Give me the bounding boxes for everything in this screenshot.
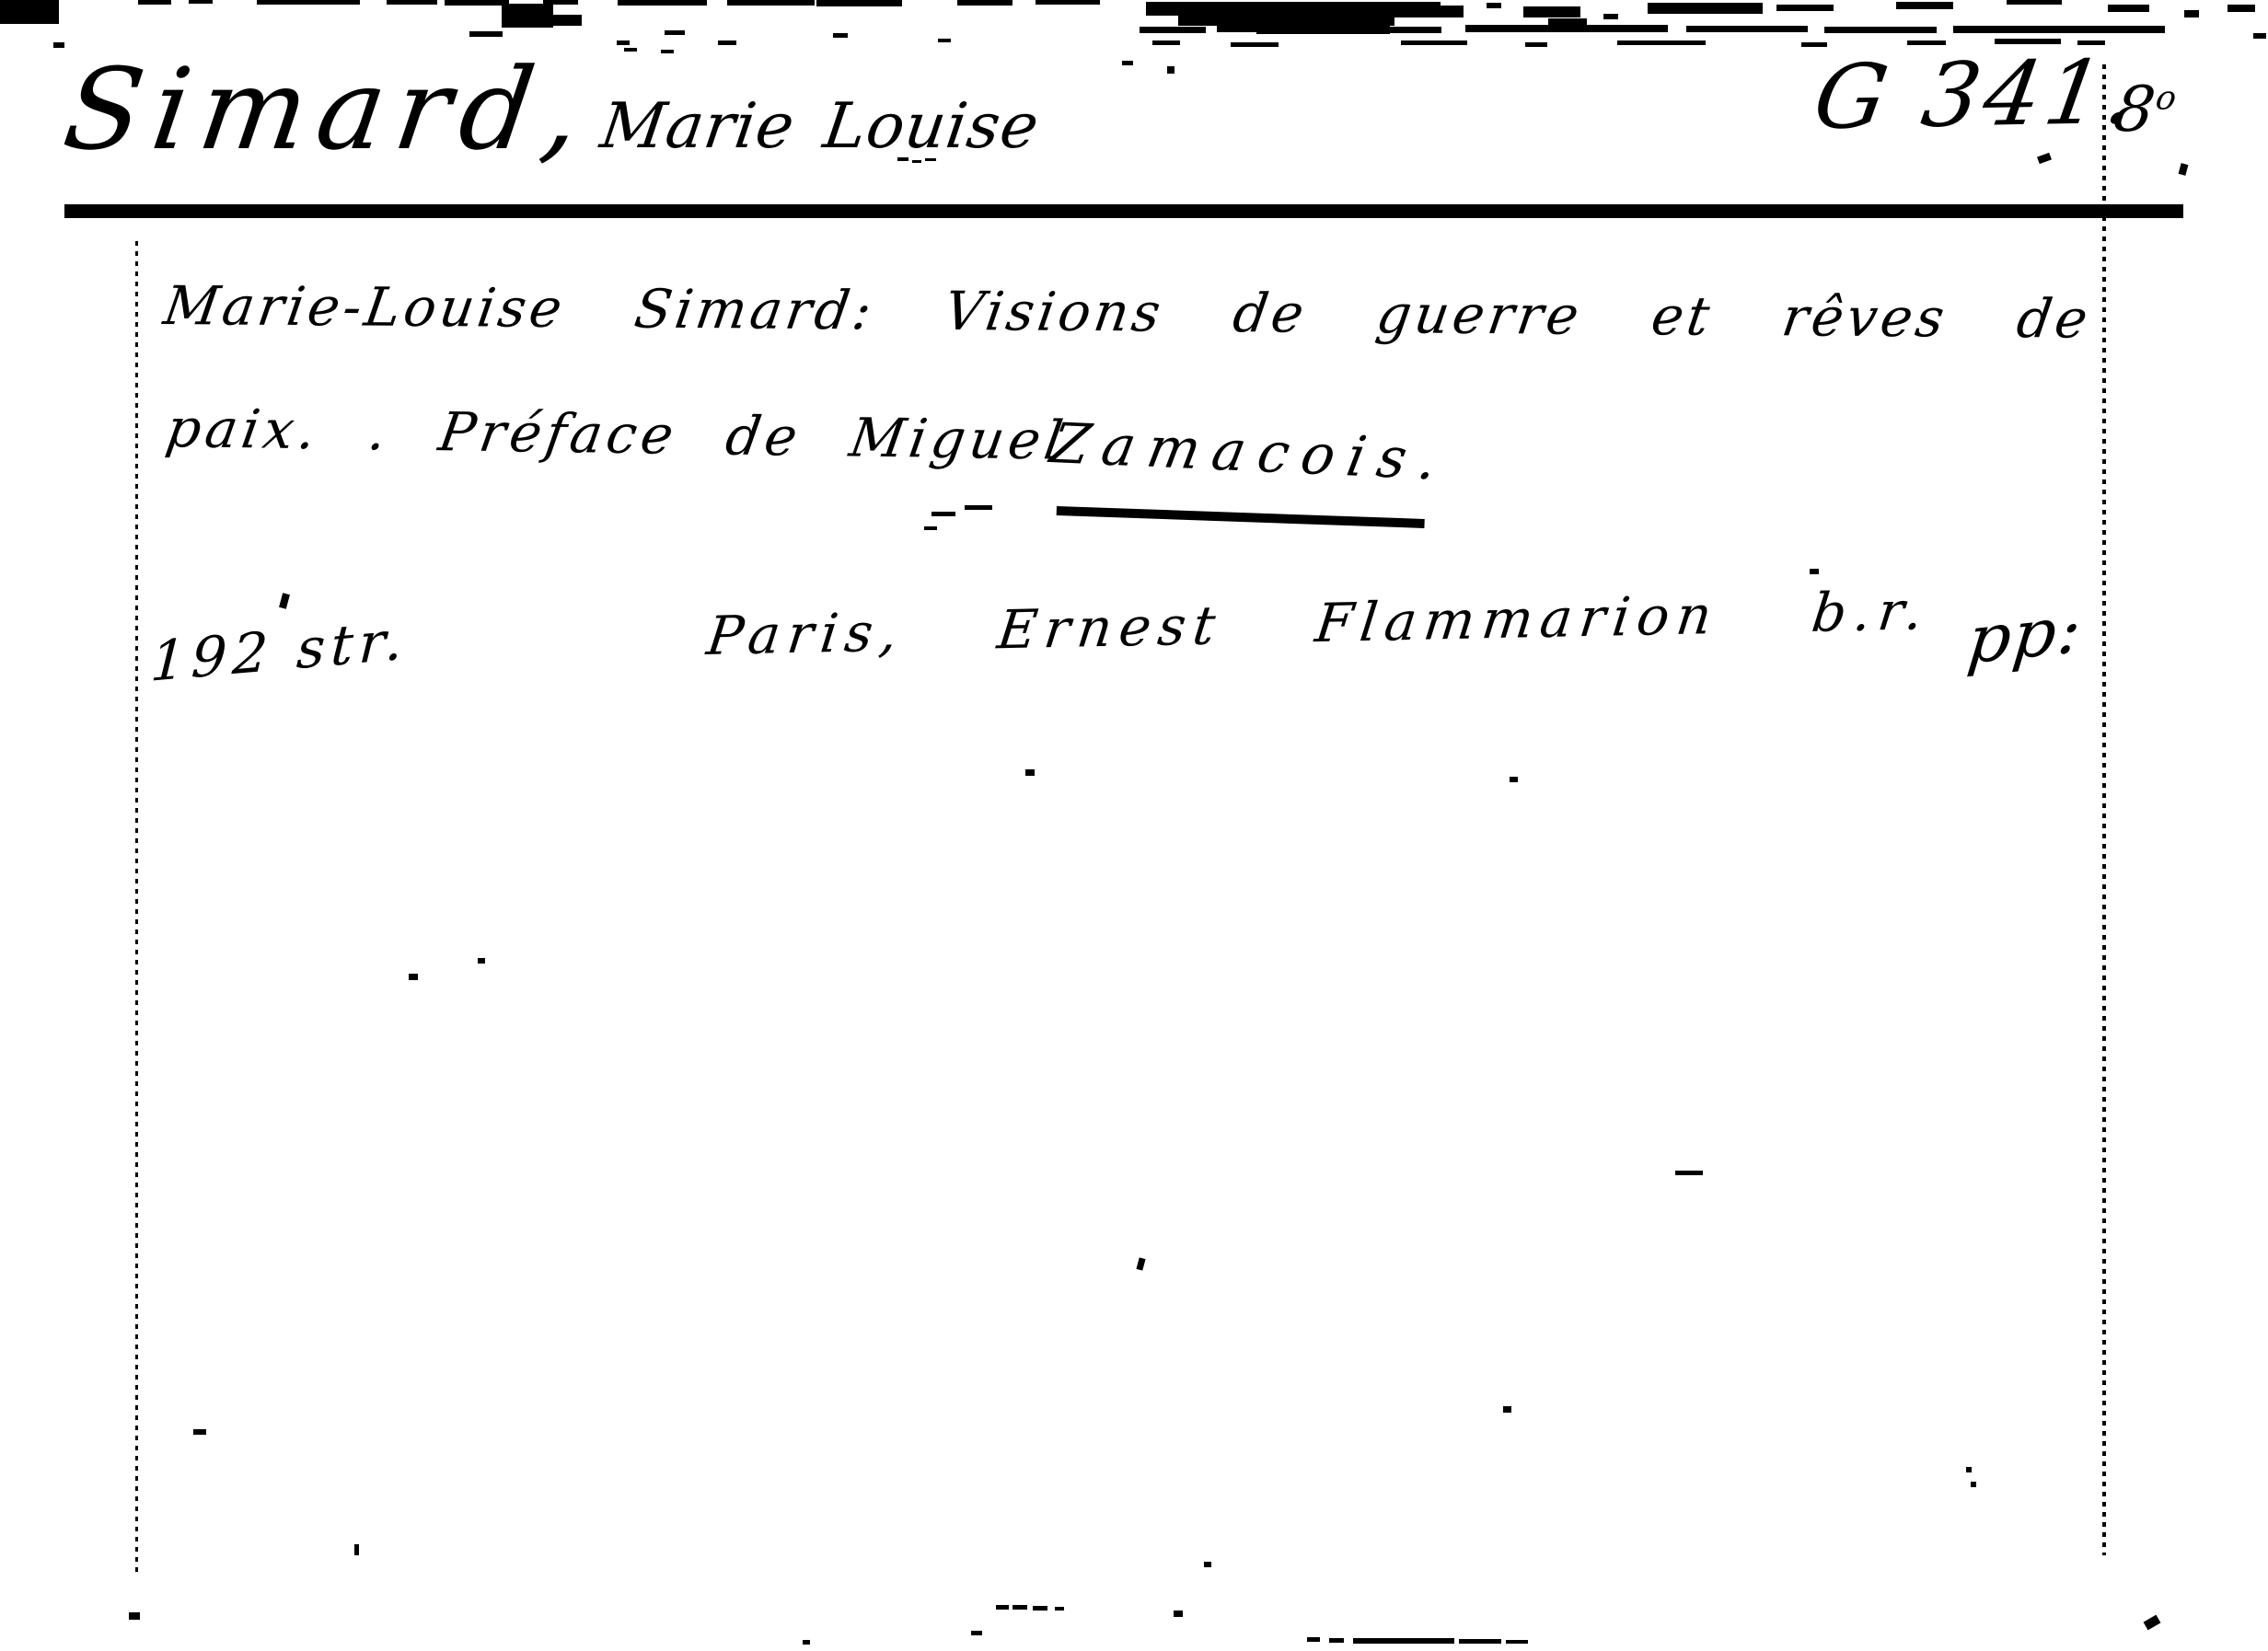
scan-speck [387,0,437,5]
scan-speck [193,1429,206,1435]
scan-speck [957,0,1012,6]
price-note: pp: [1964,595,2086,673]
scan-speck [1174,1611,1183,1617]
scan-speck [1167,66,1174,74]
scan-speck [1307,1637,1320,1642]
scan-speck [545,15,582,26]
scan-speck [1385,6,1464,17]
format-mark: 8o [2110,79,2179,142]
scan-speck [1503,1406,1511,1413]
scan-speck [661,50,674,53]
author-forename: Marie Louise [596,96,1043,158]
scan-speck [2007,0,2062,5]
scan-speck [1401,40,1467,45]
scan-speck [727,0,815,6]
scan-speck [469,31,503,37]
scan-speck [971,1631,982,1635]
scan-speck [1217,26,1355,32]
scan-speck [833,33,848,38]
scan-speck [617,40,630,45]
scan-speck [1025,769,1035,776]
scan-speck [1033,1606,1047,1611]
scan-speck [938,39,951,42]
scan-speck [1896,2,1953,9]
scan-speck [1371,27,1441,33]
scan-speck [2184,10,2199,17]
scan-speck [53,42,64,48]
imprint: Paris, Ernest Flammarion b.r. [704,583,1933,663]
scan-speck [1525,42,1547,47]
scan-speck [718,40,736,45]
scan-speck [189,0,213,4]
scan-speck [1995,39,2061,44]
scan-speck [445,0,509,6]
scan-speck [2144,1615,2161,1631]
scan-speck [1971,1482,1976,1487]
scan-speck [1329,1638,1344,1643]
scan-speck [0,0,59,24]
catalog-card-scan: { "header": { "surname": "Simard,", "for… [0,0,2268,1651]
scan-speck [138,0,171,5]
scan-speck [1012,1605,1027,1610]
scan-speck [618,0,707,6]
scan-speck [1675,1171,1703,1175]
collation-pages: 192 str. [149,613,410,690]
scan-speck [1465,25,1668,32]
scan-speck [925,158,936,161]
scan-speck [1776,5,1834,11]
scan-speck [1122,61,1133,65]
right-dotted-rule [2102,64,2106,1555]
call-number: G 341. [1809,48,2146,142]
scan-speck [1204,1562,1211,1567]
scan-speck [409,974,418,980]
scan-speck [1136,1257,1145,1270]
scan-speck [478,958,485,964]
scan-speck [803,1640,810,1645]
scan-speck [2179,163,2189,176]
scan-speck [1617,40,1706,45]
scan-speck [931,512,955,516]
format-ordinal: o [2153,79,2178,117]
preface-name-underline [1057,506,1425,528]
scan-speck [257,0,360,5]
scan-speck [1353,1638,1454,1644]
scan-speck [1036,0,1100,5]
scan-speck [665,30,685,35]
scan-speck [1523,6,1580,17]
scan-speck [1810,569,1819,574]
scan-speck [1824,27,1937,33]
scan-speck [2037,153,2052,164]
scan-speck [1055,1607,1064,1611]
scan-speck [1140,27,1206,33]
scan-speck [924,526,937,530]
scan-speck [1953,26,2165,33]
preface-author-name: Zamacois. [1047,416,1454,489]
scan-speck [1966,1467,1972,1472]
scan-speck [1506,1640,1528,1644]
scan-speck [1648,3,1763,14]
heading-rule [64,204,2183,218]
scan-speck [1510,777,1518,782]
scan-speck [1801,42,1827,47]
scan-speck [1152,40,1180,45]
scan-speck [2077,40,2105,45]
scan-speck [1603,14,1618,19]
left-dotted-rule [135,241,138,1574]
scan-speck [816,0,902,6]
scan-speck [965,505,992,510]
scan-speck [354,1544,359,1555]
title-line-2: paix. . Préface de Miguel [163,401,1070,468]
scan-speck [2253,33,2266,39]
scan-speck [912,160,921,163]
scan-speck [129,1612,140,1620]
scan-speck [2108,5,2149,12]
scan-speck [1459,1639,1501,1644]
scan-speck [996,1605,1009,1610]
title-line-1: Marie-Louise Simard: Visions de guerre e… [160,279,2094,346]
scan-speck [897,157,908,161]
scan-speck [1487,3,1501,8]
scan-speck [1231,42,1279,47]
author-surname: Simard, [58,53,598,166]
scan-speck [1907,40,1946,45]
scan-speck [624,48,637,52]
scan-speck [1686,26,1808,32]
scan-speck [279,593,290,609]
scan-speck [2227,5,2255,12]
